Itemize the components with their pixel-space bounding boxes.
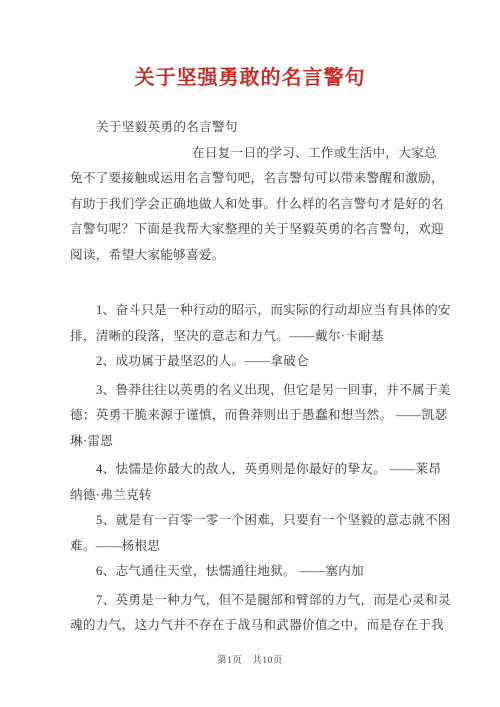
paragraph-spacer	[70, 268, 430, 298]
text-line: 4、怯懦是你最大的敌人，英勇则是你最好的挚友。 ——莱昂	[70, 457, 430, 483]
text-line: 3、鲁莽往往以英勇的名义出现，但它是另一回事，并不属于美	[70, 378, 430, 404]
text-line: 免不了要接触或运用名言警句吧，名言警句可以带来警醒和激励，	[70, 166, 430, 192]
text-line: 琳·雷恩	[70, 429, 430, 455]
text-line: 6、志气通往天堂，怯懦通往地狱。 ——塞内加	[70, 559, 430, 585]
page-number-label: 第1页	[217, 652, 242, 666]
text-line: 魂的力气，这力气并不存在于战马和武器价值之中，而是存在于我	[70, 613, 430, 639]
document-body: 关于坚毅英勇的名言警句 在日复一日的学习、工作或生活中，大家总 免不了要接触或运…	[70, 115, 430, 639]
text-line: 有助于我们学会正确地做人和处事。什么样的名言警句才是好的名	[70, 192, 430, 218]
text-line: 言警句呢？下面是我帮大家整理的关于坚毅英勇的名言警句，欢迎	[70, 217, 430, 243]
document-title: 关于坚强勇敢的名言警句	[0, 63, 500, 93]
document-page: 关于坚强勇敢的名言警句 关于坚毅英勇的名言警句 在日复一日的学习、工作或生活中，…	[0, 0, 500, 707]
text-line: 在日复一日的学习、工作或生活中，大家总	[70, 141, 430, 167]
page-total-label: 共10页	[252, 652, 283, 666]
text-line: 纳德·弗兰克转	[70, 483, 430, 509]
text-line: 难。——杨根思	[70, 534, 430, 560]
text-line: 阅读，希望大家能够喜爱。	[70, 243, 430, 269]
page-footer: 第1页共10页	[0, 652, 500, 666]
text-line: 关于坚毅英勇的名言警句	[70, 115, 430, 141]
text-line: 1、奋斗只是一种行动的昭示，而实际的行动却应当有具体的安	[70, 298, 430, 324]
text-line: 7、英勇是一种力气，但不是腿部和臂部的力气，而是心灵和灵	[70, 588, 430, 614]
text-line: 2、成功属于最坚忍的人。——拿破仑	[70, 349, 430, 375]
text-line: 德；英勇干脆来源于谨慎，而鲁莽则出于愚蠢和想当然。 ——凯瑟	[70, 403, 430, 429]
text-line: 5、就是有一百零一零一个困难，只要有一个坚毅的意志就不困	[70, 508, 430, 534]
text-line: 排，清晰的段落，坚决的意志和力气。——戴尔·卡耐基	[70, 324, 430, 350]
